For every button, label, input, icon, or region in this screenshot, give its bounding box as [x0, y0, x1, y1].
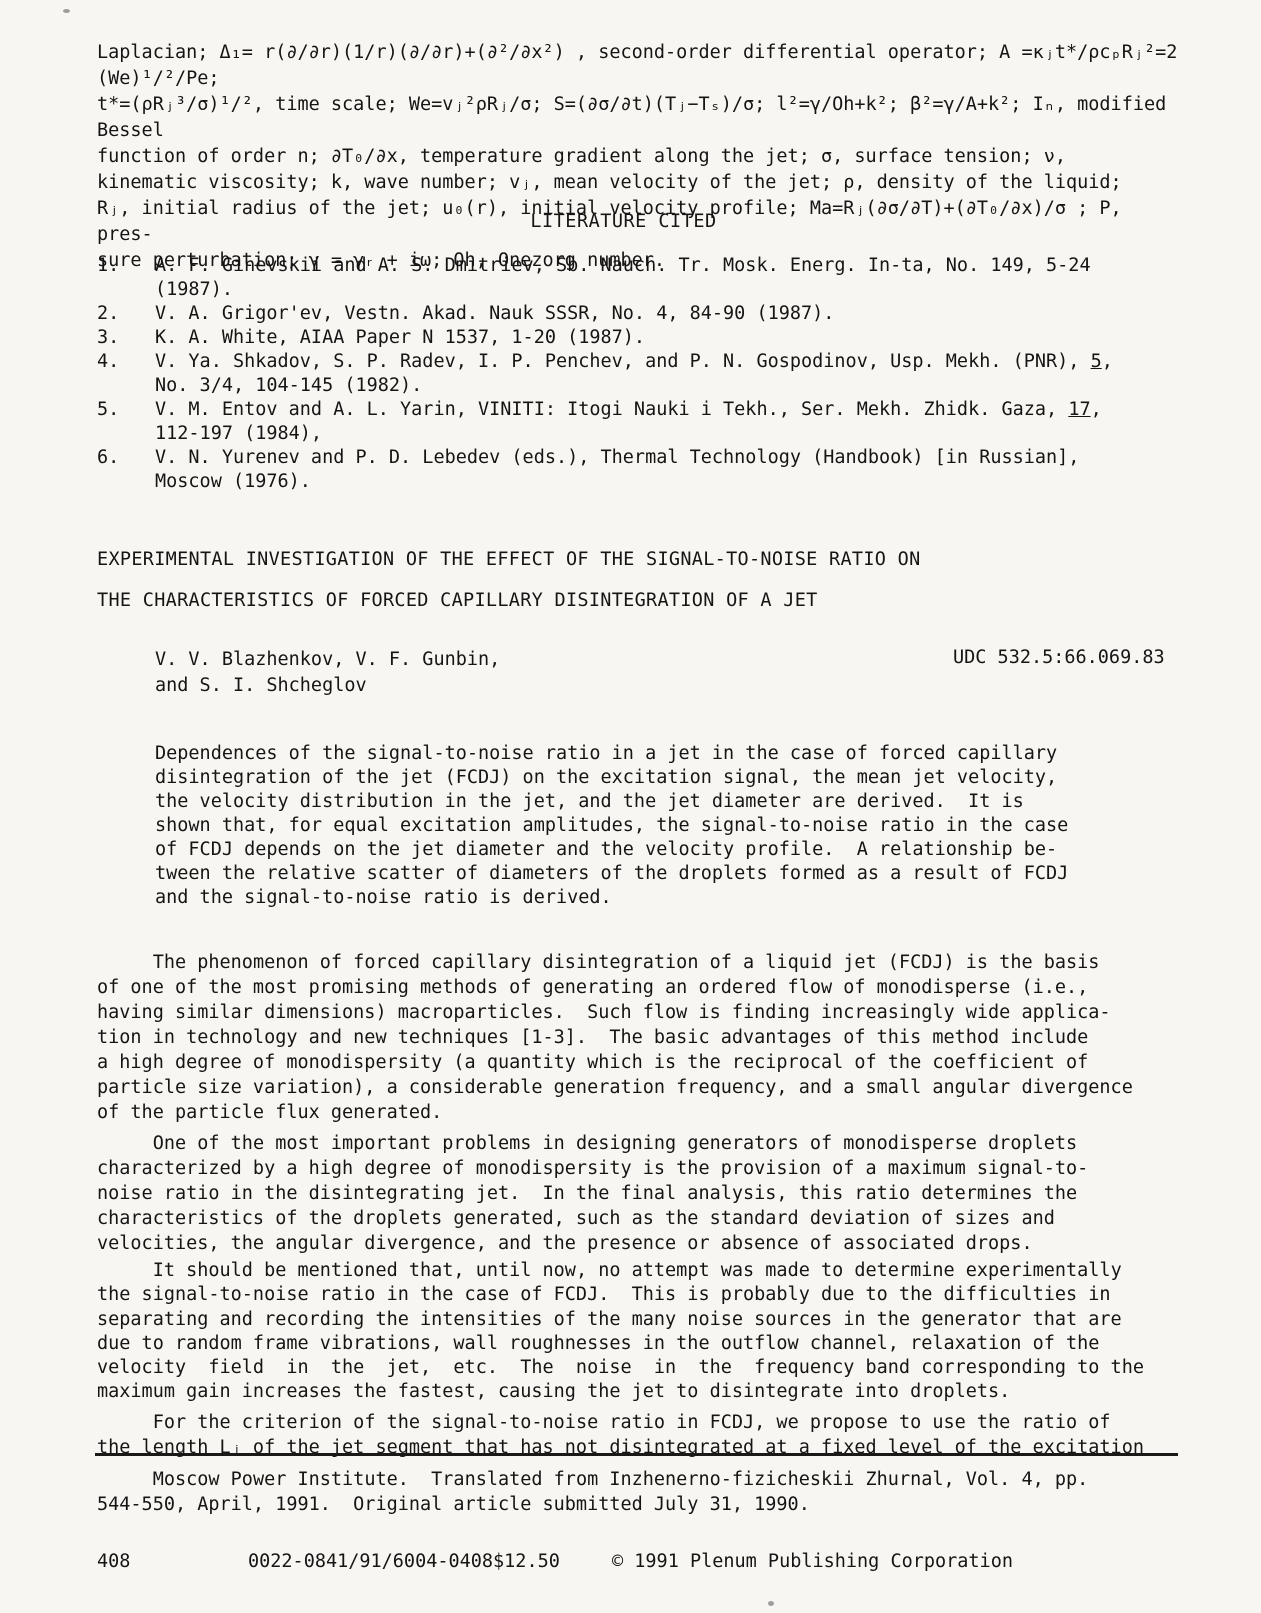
scan-speck — [63, 9, 70, 13]
article-title-line-1: EXPERIMENTAL INVESTIGATION OF THE EFFECT… — [97, 549, 1177, 570]
nomenclature-line: kinematic viscosity; k, wave number; vⱼ,… — [97, 170, 1182, 196]
abstract-block: Dependences of the signal-to-noise ratio… — [155, 742, 1130, 910]
reference-item: 6. V. N. Yurenev and P. D. Lebedev (eds.… — [97, 446, 1172, 494]
reference-number: 5. — [97, 398, 155, 422]
reference-text: V. Ya. Shkadov, S. P. Radev, I. P. Pench… — [155, 350, 1113, 398]
reference-item: 2. V. A. Grigor'ev, Vestn. Akad. Nauk SS… — [97, 302, 1172, 326]
footnote-divider — [95, 1453, 1178, 1456]
reference-list: 1. A. F. Ginevskii and A. S. Dmitriev, S… — [97, 254, 1172, 494]
page-number: 408 — [97, 1551, 130, 1572]
nomenclature-block: Laplacian; Δ₁= r(∂/∂r)(1/r)(∂/∂r)+(∂²/∂x… — [97, 40, 1182, 274]
reference-item: 3. K. A. White, AIAA Paper N 1537, 1-20 … — [97, 326, 1172, 350]
body-paragraph-2: One of the most important problems in de… — [97, 1131, 1212, 1256]
article-title-line-2: THE CHARACTERISTICS OF FORCED CAPILLARY … — [97, 590, 1177, 611]
nomenclature-line: Laplacian; Δ₁= r(∂/∂r)(1/r)(∂/∂r)+(∂²/∂x… — [97, 40, 1182, 92]
udc-classification: UDC 532.5:66.069.83 — [953, 647, 1165, 668]
reference-text: V. M. Entov and A. L. Yarin, VINITI: Ito… — [155, 398, 1102, 446]
reference-text: K. A. White, AIAA Paper N 1537, 1-20 (19… — [155, 326, 645, 350]
reference-number: 3. — [97, 326, 155, 350]
literature-cited-heading: LITERATURE CITED — [97, 211, 1150, 232]
reference-number: 4. — [97, 350, 155, 374]
copyright-notice: © 1991 Plenum Publishing Corporation — [612, 1551, 1013, 1572]
reference-text: V. N. Yurenev and P. D. Lebedev (eds.), … — [155, 446, 1079, 494]
body-paragraph-3: It should be mentioned that, until now, … — [97, 1259, 1212, 1405]
journal-page: Laplacian; Δ₁= r(∂/∂r)(1/r)(∂/∂r)+(∂²/∂x… — [0, 0, 1261, 1613]
reference-number: 1. — [97, 254, 155, 278]
reference-text: A. F. Ginevskii and A. S. Dmitriev, Sb. … — [155, 254, 1091, 302]
nomenclature-line: t*=(ρRⱼ³/σ)¹/², time scale; We=vⱼ²ρRⱼ/σ;… — [97, 92, 1182, 144]
reference-item: 5. V. M. Entov and A. L. Yarin, VINITI: … — [97, 398, 1172, 446]
reference-item: 1. A. F. Ginevskii and A. S. Dmitriev, S… — [97, 254, 1172, 302]
reference-number: 2. — [97, 302, 155, 326]
issn-code: 0022-0841/91/6004-0408$12.50 — [248, 1551, 560, 1572]
reference-text: V. A. Grigor'ev, Vestn. Akad. Nauk SSSR,… — [155, 302, 834, 326]
body-paragraph-1: The phenomenon of forced capillary disin… — [97, 950, 1212, 1125]
author-names: V. V. Blazhenkov, V. F. Gunbin, and S. I… — [155, 647, 500, 699]
scan-speck — [768, 1601, 774, 1606]
reference-number: 6. — [97, 446, 155, 470]
reference-item: 4. V. Ya. Shkadov, S. P. Radev, I. P. Pe… — [97, 350, 1172, 398]
nomenclature-line: function of order n; ∂T₀/∂x, temperature… — [97, 144, 1182, 170]
footnote-text: Moscow Power Institute. Translated from … — [97, 1468, 1187, 1517]
